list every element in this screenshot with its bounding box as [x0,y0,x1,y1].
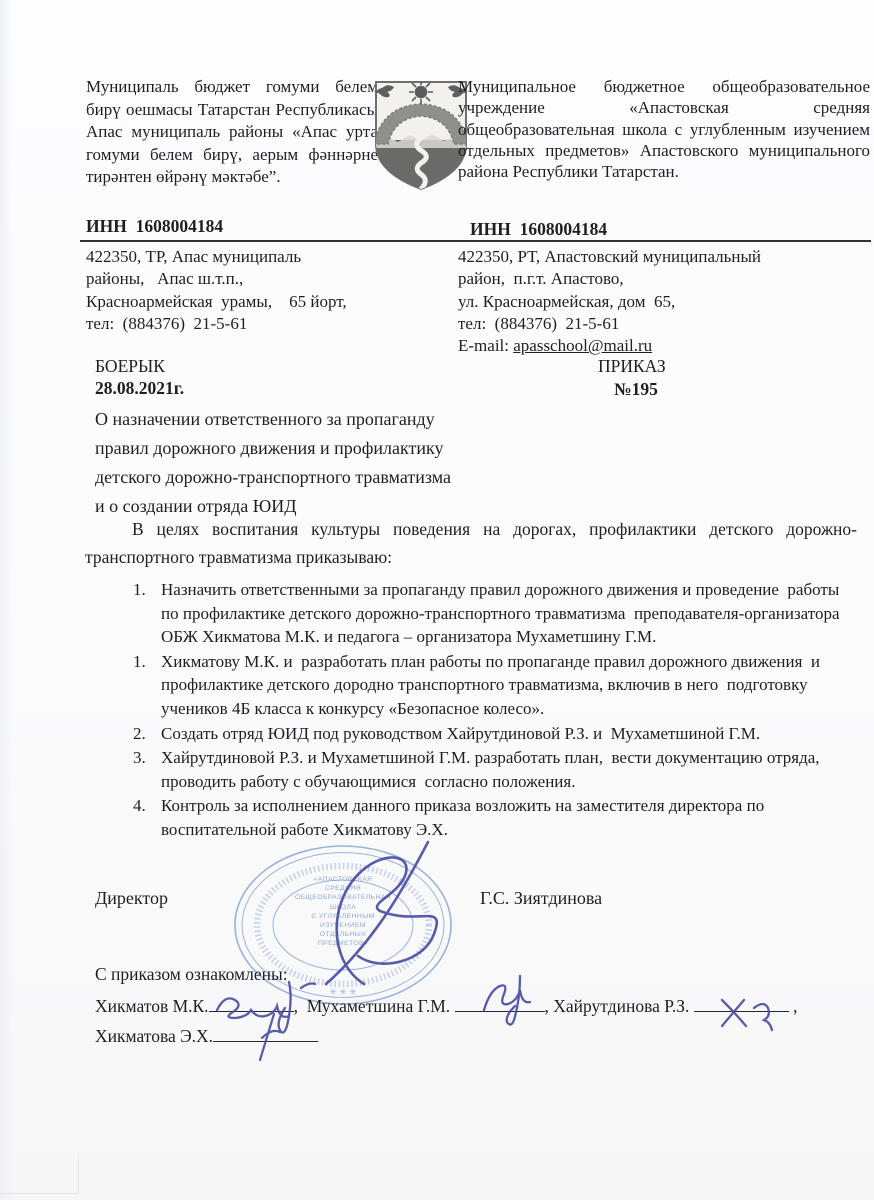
order-subject: О назначении ответственного за пропаганд… [95,405,525,521]
signature-blank [213,1026,318,1042]
letterhead-russian-name: Муниципальное бюджетное общеобразователь… [458,76,870,182]
item-text: Хайрутдиновой Р.З. и Мухаметшиной Г.М. р… [161,746,847,793]
item-text: Назначить ответственными за пропаганду п… [161,578,847,649]
address-line: 422350, РТ, Апастовский муниципальный [458,246,858,268]
address-line: район, п.г.т. Апастово, [458,268,858,290]
director-name: Г.С. Зиятдинова [480,888,602,909]
address-line: районы, Апас ш.т.п., [86,268,406,290]
signature-blank [694,996,789,1012]
order-number: №195 [614,379,658,400]
order-items: 1. Назначить ответственными за пропаганд… [133,578,847,843]
coat-of-arms [372,78,470,192]
ack-name: Хайрутдинова Р.З. [553,996,693,1016]
signature-blank [455,996,545,1012]
order-date: 28.08.2021г. [95,378,184,399]
sun-icon [409,80,433,104]
acknowledgment-row: Хикматов М.К., Мухаметшина Г.М. , Хайрут… [95,996,855,1017]
ack-name: Хикматов М.К. [95,996,209,1016]
address-line: тел: (884376) 21-5-61 [458,313,858,335]
subject-line: О назначении ответственного за пропаганд… [95,405,525,434]
order-item: 1. Назначить ответственными за пропаганд… [133,578,847,649]
order-item: 3. Хайрутдиновой Р.З. и Мухаметшиной Г.М… [133,746,847,793]
address-line: Красноармейская урамы, 65 йорт, [86,291,406,313]
acknowledgment-title: С приказом ознакомлены: [95,964,288,985]
inn-left: ИНН 1608004184 [86,216,223,237]
header-divider [80,240,871,242]
item-text: Хикматову М.К. и разработать план работы… [161,650,847,721]
email-line: E-mail: apasschool@mail.ru [458,335,858,357]
item-text: Контроль за исполнением данного приказа … [161,794,847,841]
stamp-center-text: «АПАСТОВСКАЯ СРЕДНЯЯ ОБЩЕОБРАЗОВАТЕЛЬНАЯ… [232,875,454,949]
subject-line: детского дорожно-транспортного травматиз… [95,463,525,492]
ack-name: Мухаметшина Г.М. [307,996,455,1016]
order-title-tatar: БОЕРЫК [95,356,165,377]
address-line: ул. Красноармейская, дом 65, [458,291,858,313]
email-link[interactable]: apasschool@mail.ru [513,336,652,355]
inn-right: ИНН 1608004184 [470,219,607,240]
item-number: 2. [133,722,161,746]
item-text: Создать отряд ЮИД под руководством Хайру… [161,722,847,746]
letterhead-tatar-name: Муниципаль бюджет гомуми белем бирү оешм… [86,76,378,189]
email-label: E-mail: [458,336,513,355]
item-number: 3. [133,746,161,793]
subject-line: правил дорожного движения и профилактику [95,434,525,463]
scanned-order-document: Муниципаль бюджет гомуми белем бирү оешм… [0,0,874,1200]
item-number: 1. [133,578,161,649]
order-item: 1. Хикматову М.К. и разработать план раб… [133,650,847,721]
ack-name: Хикматова Э.Х. [95,1026,213,1046]
order-item: 4. Контроль за исполнением данного прика… [133,794,847,841]
address-line: 422350, ТР, Апас муниципаль [86,246,406,268]
signature-blank [209,996,294,1012]
scan-edge-artifact [0,1157,79,1194]
address-line: тел: (884376) 21-5-61 [86,313,406,335]
director-role-label: Директор [95,888,168,909]
acknowledgment-row: Хикматова Э.Х. [95,1026,318,1047]
order-preamble: В целях воспитания культуры поведения на… [85,516,857,571]
address-tatar: 422350, ТР, Апас муниципаль районы, Апас… [86,246,406,335]
order-title-russian: ПРИКАЗ [598,356,666,377]
item-number: 4. [133,794,161,841]
address-russian: 422350, РТ, Апастовский муниципальный ра… [458,246,858,357]
item-number: 1. [133,650,161,721]
order-item: 2. Создать отряд ЮИД под руководством Ха… [133,722,847,746]
